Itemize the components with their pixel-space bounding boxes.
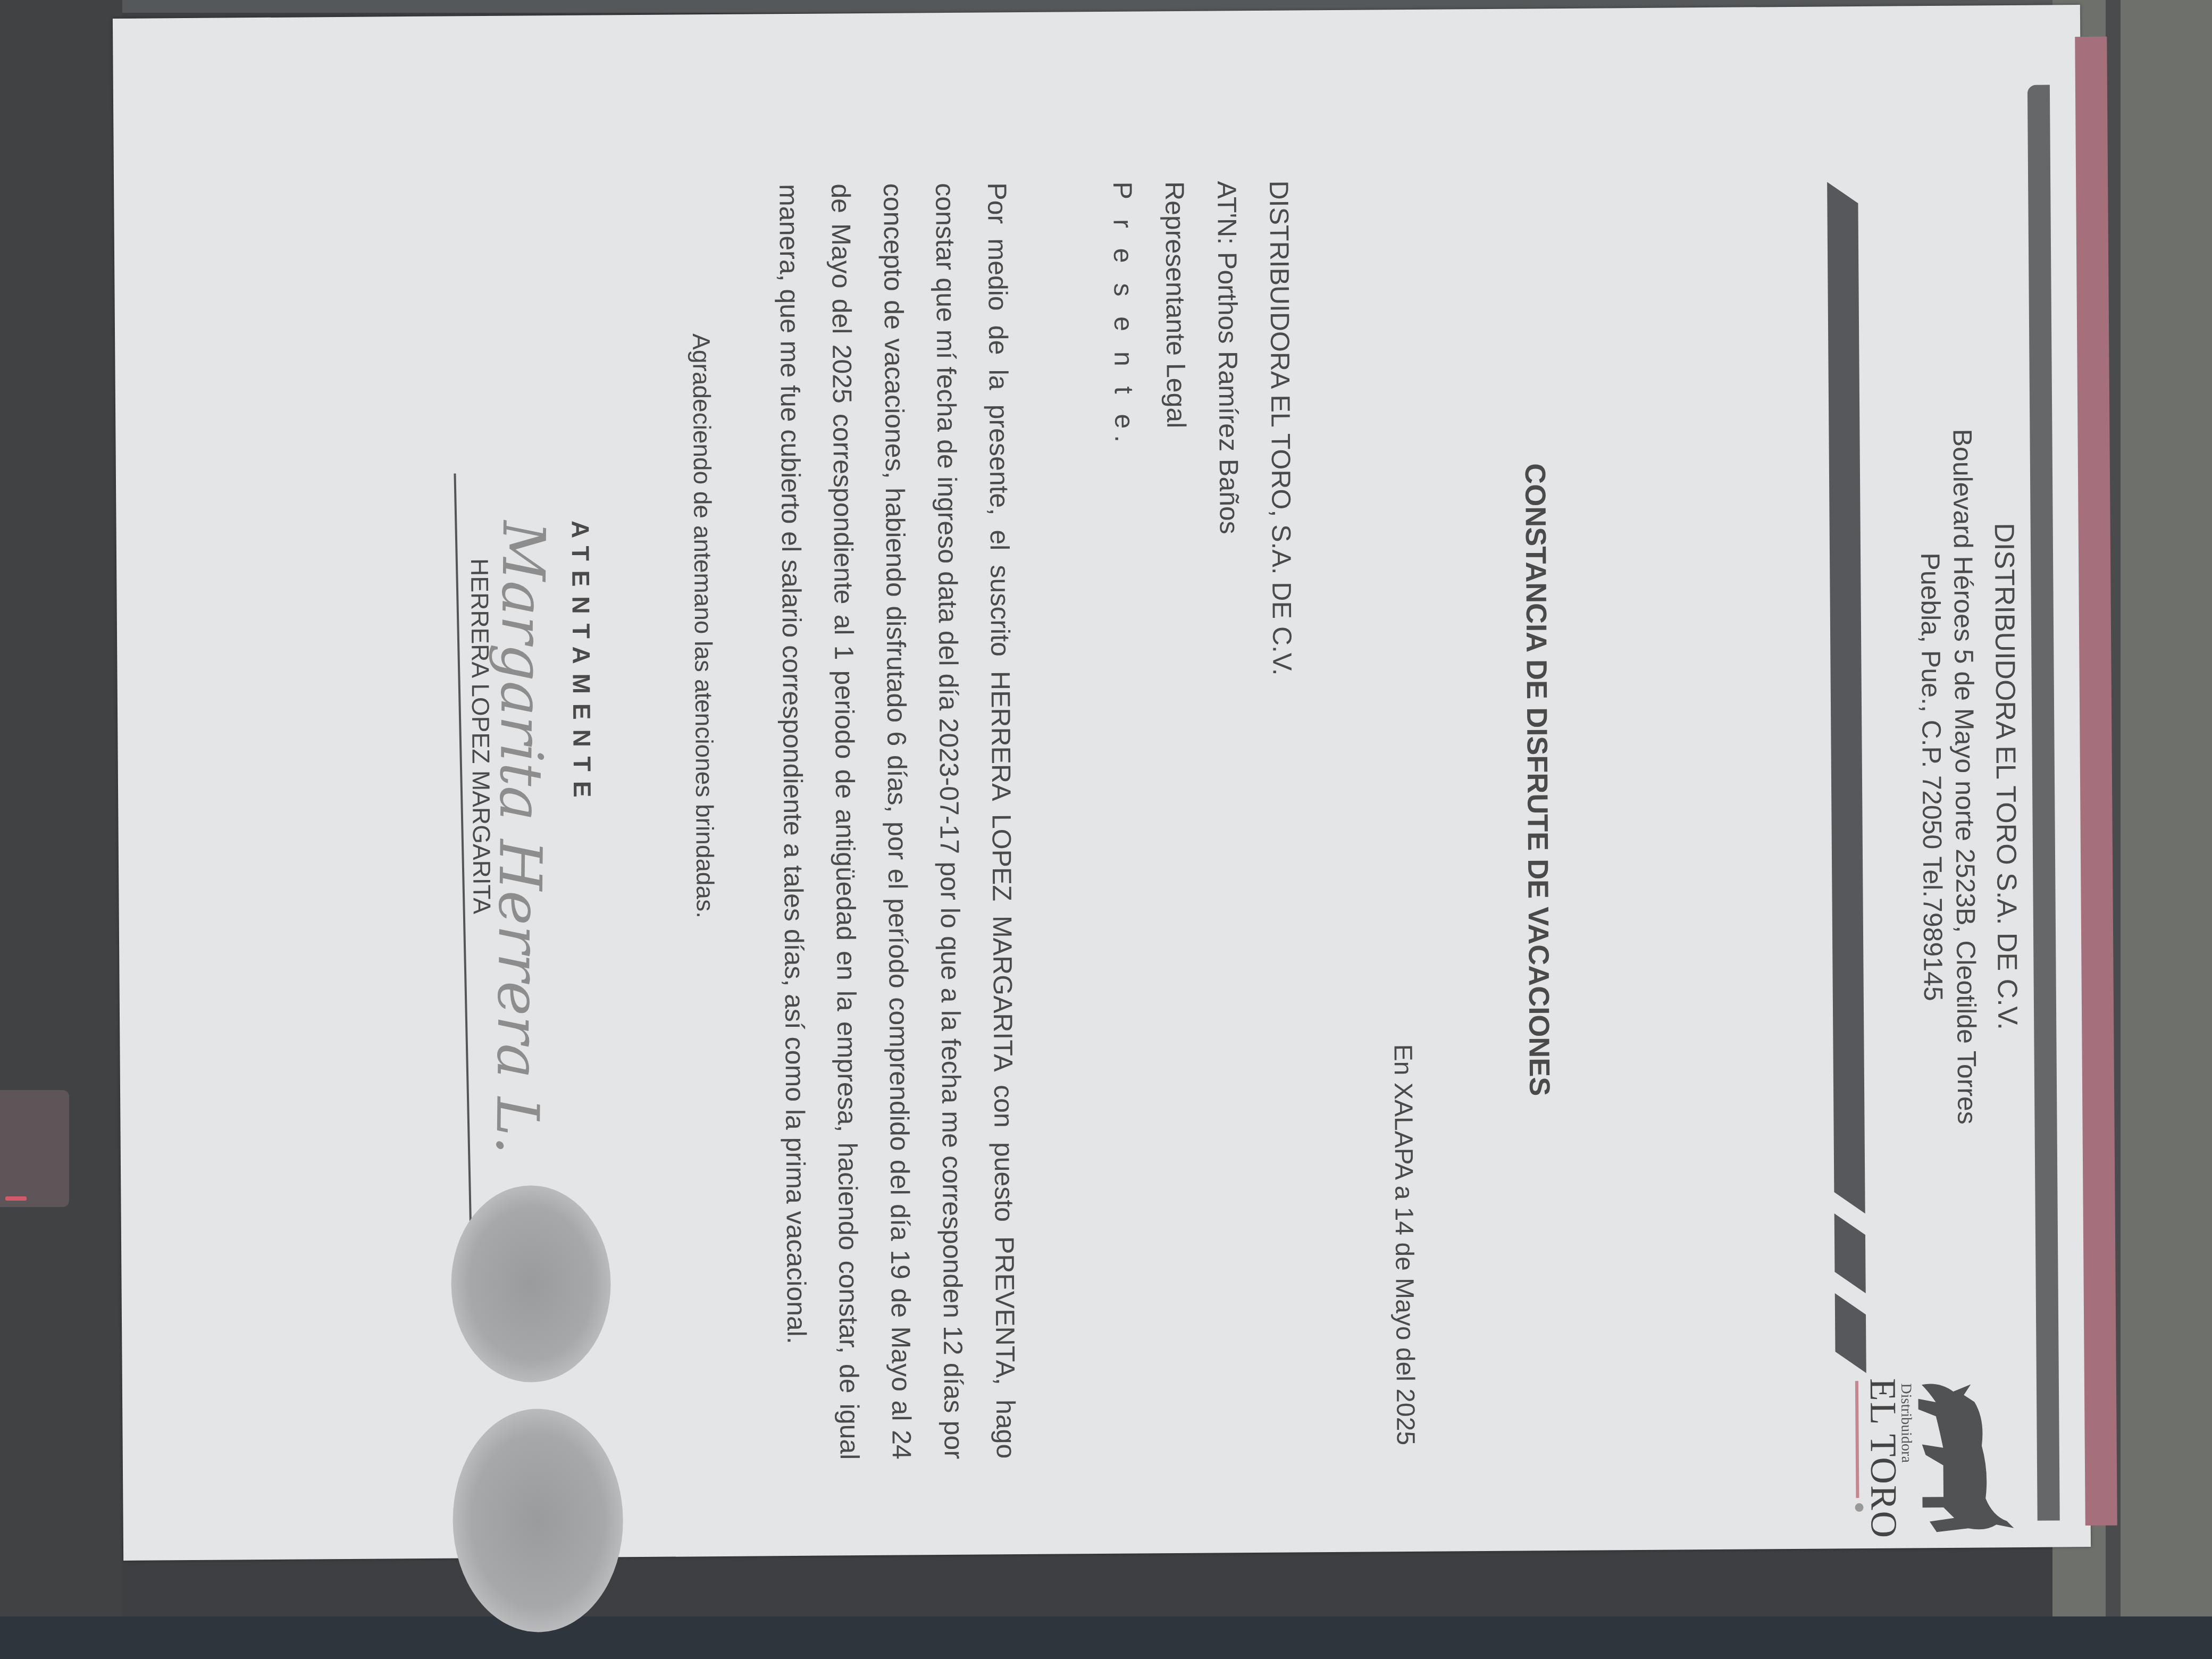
background-bottom (0, 1616, 2212, 1659)
salutation: ATENTAMENTE (566, 521, 597, 807)
registered-mark-icon (1855, 1503, 1863, 1512)
recipient-company: DISTRIBUIDORA EL TORO, S.A. DE C.V. (1253, 180, 1308, 675)
letterhead-rule-segment (1835, 1293, 1866, 1373)
letterhead-rule (1827, 182, 1865, 1213)
document-content: DISTRIBUIDORA EL TORO S.A. DE C.V. Boule… (113, 5, 2091, 1561)
address-line-1: Boulevard Héroes 5 de Mayo norte 2523B, … (1945, 324, 1984, 1228)
body-paragraph: Por medio de la presente, el suscrito HE… (763, 182, 1032, 1460)
recipient-attention: AT'N: Porthos Ramírez Baños (1201, 181, 1256, 676)
document-title: CONSTANCIA DE DISFRUTE DE VACACIONES (1516, 168, 1558, 1391)
logo-brand-text: EL TORO (1861, 1378, 1905, 1539)
fingerprint-icon (450, 1185, 611, 1382)
letterhead-rule-segment (1834, 1213, 1866, 1293)
recipient-greeting: P r e s e n t e. (1096, 181, 1152, 676)
background-device-screen (0, 1090, 69, 1207)
recipient-block: DISTRIBUIDORA EL TORO, S.A. DE C.V. AT'N… (1096, 180, 1308, 677)
background-desk-left (0, 0, 122, 1659)
company-address: Boulevard Héroes 5 de Mayo norte 2523B, … (1912, 324, 1984, 1229)
letterhead: DISTRIBUIDORA EL TORO S.A. DE C.V. Boule… (1655, 5, 2091, 1550)
fingerprint-icon (452, 1408, 624, 1632)
company-name: DISTRIBUIDORA EL TORO S.A. DE C.V. (1987, 324, 2025, 1228)
recipient-role: Representante Legal (1149, 181, 1204, 676)
closing-line: Agradeciendo de antemano las atenciones … (687, 333, 720, 918)
signer-printed-name: HERRERA LOPEZ MARGARITA (465, 558, 497, 914)
document-page: DISTRIBUIDORA EL TORO S.A. DE C.V. Boule… (113, 5, 2091, 1561)
place-and-date: En XALAPA a 14 de Mayo del 2025 (1386, 807, 1420, 1445)
logo-underline (1855, 1381, 1859, 1498)
